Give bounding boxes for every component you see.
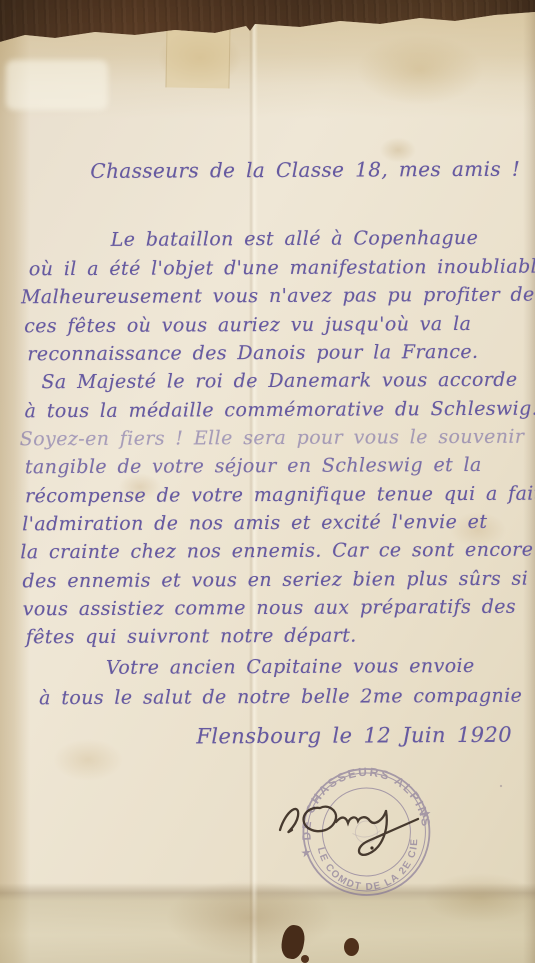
letter-line: Sa Majesté le roi de Danemark vous accor… — [41, 369, 517, 393]
letter-line-faded: Soyez-en fiers ! Elle sera pour vous le … — [20, 426, 525, 451]
letter-body: Chasseurs de la Classe 18, mes amis ! Le… — [0, 0, 535, 963]
letter-line: reconnaissance des Danois pour la France… — [27, 341, 478, 365]
letter-line: fêtes qui suivront notre départ. — [26, 625, 357, 649]
letter-line: ces fêtes où vous auriez vu jusqu'où va … — [24, 313, 471, 337]
signature-loop — [304, 807, 337, 831]
letter-dateline: Flensbourg le 12 Juin 1920 — [196, 723, 512, 749]
letter-line: tangible de votre séjour en Schleswig et… — [25, 454, 482, 478]
letter-closing-line: Votre ancien Capitaine vous envoie — [106, 655, 475, 679]
signature-middle — [336, 811, 386, 823]
letter-line: la crainte chez nos ennemis. Car ce sont… — [20, 539, 533, 564]
letter-line: l'admiration de nos amis et excité l'env… — [22, 511, 487, 535]
photo-of-handwritten-letter: Chasseurs de la Classe 18, mes amis ! Le… — [0, 0, 535, 963]
letter-line: vous assistiez comme nous aux préparatif… — [23, 596, 516, 621]
letter-line: Le bataillon est allé à Copenhague — [111, 227, 479, 251]
letter-salutation: Chasseurs de la Classe 18, mes amis ! — [90, 157, 520, 183]
signature-flourish — [272, 790, 432, 865]
letter-paper: Chasseurs de la Classe 18, mes amis ! Le… — [0, 0, 535, 963]
signature-dot — [370, 846, 373, 849]
signature-initial — [280, 809, 298, 832]
letter-line: récompense de votre magnifique tenue qui… — [25, 483, 535, 508]
letter-closing-line: à tous le salut de notre belle 2me compa… — [39, 685, 522, 710]
letter-line: Malheureusement vous n'avez pas pu profi… — [21, 284, 535, 309]
letter-line: où il a été l'objet d'une manifestation … — [29, 255, 535, 280]
letter-line: des ennemis et vous en seriez bien plus … — [22, 568, 528, 593]
letter-line: à tous la médaille commémorative du Schl… — [25, 398, 535, 423]
